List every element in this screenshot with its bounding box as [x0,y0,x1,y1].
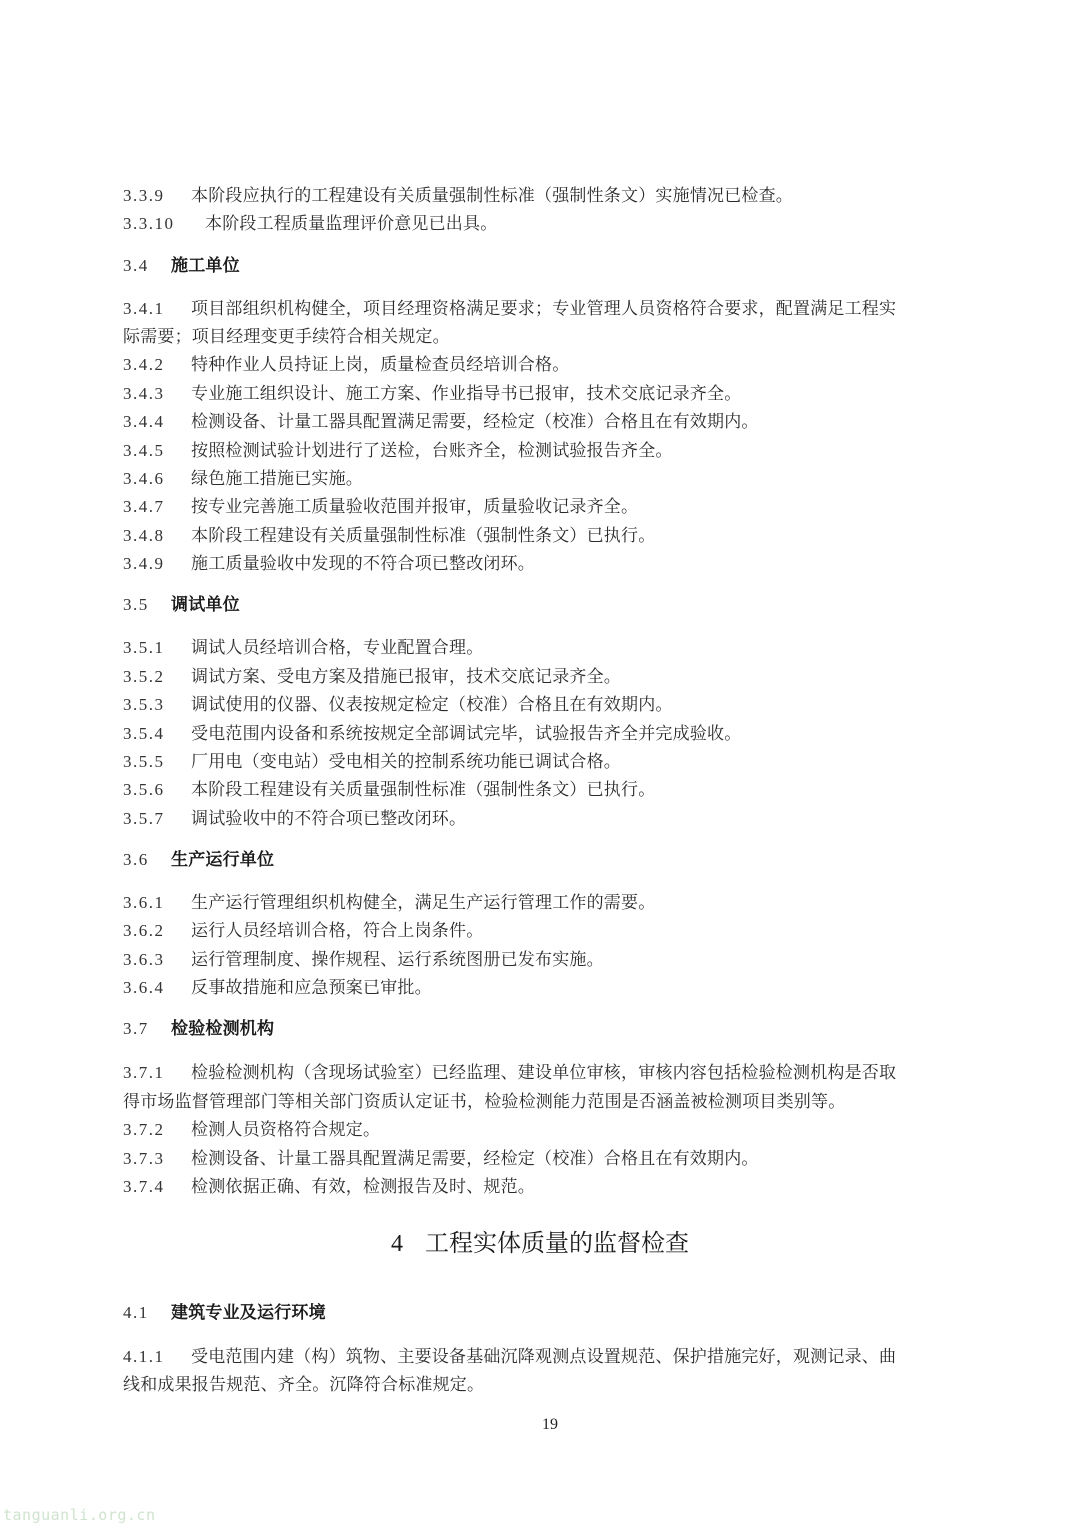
clause-text: 检测设备、计量工器具配置满足需要，经检定（校准）合格且在有效期内。 [191,1149,759,1169]
clause-text: 施工质量验收中发现的不符合项已整改闭环。 [191,554,535,574]
section-heading-4-1: 4.1建筑专业及运行环境 [123,1303,983,1323]
clause-text: 按照检测试验计划进行了送检，台账齐全，检测试验报告齐全。 [191,441,673,461]
clause-3-7-2: 3.7.2检测人员资格符合规定。 [123,1120,983,1140]
chapter-title: 工程实体质量的监督检查 [425,1229,689,1257]
clause-number: 3.4.9 [123,554,191,574]
clause-3-5-3: 3.5.3调试使用的仪器、仪表按规定检定（校准）合格且在有效期内。 [123,695,983,715]
clause-3-5-5: 3.5.5厂用电（变电站）受电相关的控制系统功能已调试合格。 [123,752,983,772]
clause-number: 3.3.10 [123,214,205,234]
clause-text: 按专业完善施工质量验收范围并报审，质量验收记录齐全。 [191,497,638,517]
clause-number: 3.5.5 [123,752,191,772]
clause-text: 运行人员经培训合格，符合上岗条件。 [191,921,483,941]
clause-text-continued: 得市场监督管理部门等相关部门资质认定证书，检验检测能力范围是否涵盖被检测项目类别… [123,1092,845,1112]
clause-3-5-4: 3.5.4受电范围内设备和系统按规定全部调试完毕，试验报告齐全并完成验收。 [123,724,983,744]
clause-3-7-1: 3.7.1检验检测机构（含现场试验室）已经监理、建设单位审核，审核内容包括检验检… [123,1063,983,1083]
clause-number: 3.5.6 [123,780,191,800]
clause-number: 3.7.2 [123,1120,191,1140]
clause-3-6-1: 3.6.1生产运行管理组织机构健全，满足生产运行管理工作的需要。 [123,893,983,913]
clause-number: 3.6.3 [123,950,191,970]
section-number: 3.6 [123,850,171,870]
clause-text: 检测设备、计量工器具配置满足需要，经检定（校准）合格且在有效期内。 [191,412,759,432]
clause-text: 调试验收中的不符合项已整改闭环。 [191,809,466,829]
clause-text: 反事故措施和应急预案已审批。 [191,978,432,998]
clause-text: 检测依据正确、有效，检测报告及时、规范。 [191,1177,535,1197]
clause-text: 受电范围内设备和系统按规定全部调试完毕，试验报告齐全并完成验收。 [191,724,741,744]
clause-3-4-3: 3.4.3专业施工组织设计、施工方案、作业指导书已报审，技术交底记录齐全。 [123,384,983,404]
section-number: 3.5 [123,595,171,615]
chapter-number: 4 [391,1231,403,1257]
clause-text: 检测人员资格符合规定。 [191,1120,380,1140]
clause-number: 3.4.1 [123,299,191,319]
clause-text: 调试人员经培训合格，专业配置合理。 [191,638,483,658]
clause-3-7-4: 3.7.4检测依据正确、有效，检测报告及时、规范。 [123,1177,983,1197]
clause-number: 3.4.6 [123,469,191,489]
clause-number: 3.4.4 [123,412,191,432]
clause-3-6-3: 3.6.3运行管理制度、操作规程、运行系统图册已发布实施。 [123,950,983,970]
clause-number: 3.4.8 [123,526,191,546]
section-title: 检验检测机构 [171,1019,274,1039]
clause-number: 3.5.7 [123,809,191,829]
clause-text: 专业施工组织设计、施工方案、作业指导书已报审，技术交底记录齐全。 [191,384,741,404]
clause-text: 本阶段应执行的工程建设有关质量强制性标准（强制性条文）实施情况已检查。 [191,186,793,206]
clause-3-6-4: 3.6.4反事故措施和应急预案已审批。 [123,978,983,998]
section-number: 3.7 [123,1019,171,1039]
clause-text: 厂用电（变电站）受电相关的控制系统功能已调试合格。 [191,752,621,772]
clause-3-7-1-continued: 得市场监督管理部门等相关部门资质认定证书，检验检测能力范围是否涵盖被检测项目类别… [123,1092,983,1112]
document-page: 3.3.9本阶段应执行的工程建设有关质量强制性标准（强制性条文）实施情况已检查。… [0,0,1080,1527]
section-title: 生产运行单位 [171,850,274,870]
clause-number: 3.6.4 [123,978,191,998]
clause-number: 3.6.1 [123,893,191,913]
clause-3-4-6: 3.4.6绿色施工措施已实施。 [123,469,983,489]
clause-3-5-1: 3.5.1调试人员经培训合格，专业配置合理。 [123,638,983,658]
clause-number: 4.1.1 [123,1347,191,1367]
clause-3-4-2: 3.4.2特种作业人员持证上岗，质量检查员经培训合格。 [123,355,983,375]
clause-text: 生产运行管理组织机构健全，满足生产运行管理工作的需要。 [191,893,655,913]
clause-number: 3.5.4 [123,724,191,744]
clause-text: 调试使用的仪器、仪表按规定检定（校准）合格且在有效期内。 [191,695,673,715]
clause-number: 3.5.3 [123,695,191,715]
watermark: tanguanli.org.cn [3,1506,156,1524]
clause-3-4-5: 3.4.5按照检测试验计划进行了送检，台账齐全，检测试验报告齐全。 [123,441,983,461]
clause-number: 3.7.4 [123,1177,191,1197]
clause-3-4-1: 3.4.1项目部组织机构健全，项目经理资格满足要求；专业管理人员资格符合要求，配… [123,299,983,319]
clause-text: 项目部组织机构健全，项目经理资格满足要求；专业管理人员资格符合要求，配置满足工程… [191,299,896,319]
section-title: 调试单位 [171,595,240,615]
clause-3-6-2: 3.6.2运行人员经培训合格，符合上岗条件。 [123,921,983,941]
clause-number: 3.4.2 [123,355,191,375]
clause-3-4-8: 3.4.8本阶段工程建设有关质量强制性标准（强制性条文）已执行。 [123,526,983,546]
clause-4-1-1-continued: 线和成果报告规范、齐全。沉降符合标准规定。 [123,1375,983,1395]
chapter-heading-4: 4工程实体质量的监督检查 [0,1228,1080,1259]
section-number: 3.4 [123,256,171,276]
clause-number: 3.5.2 [123,667,191,687]
clause-3-5-7: 3.5.7调试验收中的不符合项已整改闭环。 [123,809,983,829]
clause-number: 3.3.9 [123,186,191,206]
clause-3-4-7: 3.4.7按专业完善施工质量验收范围并报审，质量验收记录齐全。 [123,497,983,517]
clause-3-5-6: 3.5.6本阶段工程建设有关质量强制性标准（强制性条文）已执行。 [123,780,983,800]
clause-text: 运行管理制度、操作规程、运行系统图册已发布实施。 [191,950,604,970]
clause-text-continued: 际需要；项目经理变更手续符合相关规定。 [123,327,450,347]
clause-text: 特种作业人员持证上岗，质量检查员经培训合格。 [191,355,569,375]
clause-text-continued: 线和成果报告规范、齐全。沉降符合标准规定。 [123,1375,484,1395]
clause-3-7-3: 3.7.3检测设备、计量工器具配置满足需要，经检定（校准）合格且在有效期内。 [123,1149,983,1169]
clause-3-3-10: 3.3.10本阶段工程质量监理评价意见已出具。 [123,214,983,234]
section-heading-3-7: 3.7检验检测机构 [123,1019,983,1039]
clause-text: 调试方案、受电方案及措施已报审，技术交底记录齐全。 [191,667,621,687]
clause-number: 3.7.1 [123,1063,191,1083]
section-heading-3-5: 3.5调试单位 [123,595,983,615]
clause-3-4-1-continued: 际需要；项目经理变更手续符合相关规定。 [123,327,983,347]
clause-4-1-1: 4.1.1受电范围内建（构）筑物、主要设备基础沉降观测点设置规范、保护措施完好，… [123,1347,983,1367]
clause-text: 检验检测机构（含现场试验室）已经监理、建设单位审核，审核内容包括检验检测机构是否… [191,1063,896,1083]
clause-3-5-2: 3.5.2调试方案、受电方案及措施已报审，技术交底记录齐全。 [123,667,983,687]
clause-number: 3.4.7 [123,497,191,517]
clause-text: 本阶段工程质量监理评价意见已出具。 [205,214,497,234]
section-number: 4.1 [123,1303,171,1323]
clause-number: 3.5.1 [123,638,191,658]
clause-3-4-4: 3.4.4检测设备、计量工器具配置满足需要，经检定（校准）合格且在有效期内。 [123,412,983,432]
section-title: 施工单位 [171,256,240,276]
clause-text: 受电范围内建（构）筑物、主要设备基础沉降观测点设置规范、保护措施完好，观测记录、… [191,1347,896,1367]
clause-number: 3.4.5 [123,441,191,461]
clause-number: 3.6.2 [123,921,191,941]
section-heading-3-4: 3.4施工单位 [123,256,983,276]
clause-text: 本阶段工程建设有关质量强制性标准（强制性条文）已执行。 [191,526,655,546]
clause-text: 绿色施工措施已实施。 [191,469,363,489]
page-number: 19 [0,1416,1080,1434]
clause-text: 本阶段工程建设有关质量强制性标准（强制性条文）已执行。 [191,780,655,800]
clause-3-3-9: 3.3.9本阶段应执行的工程建设有关质量强制性标准（强制性条文）实施情况已检查。 [123,186,983,206]
section-title: 建筑专业及运行环境 [171,1303,326,1323]
clause-number: 3.4.3 [123,384,191,404]
clause-3-4-9: 3.4.9施工质量验收中发现的不符合项已整改闭环。 [123,554,983,574]
section-heading-3-6: 3.6生产运行单位 [123,850,983,870]
clause-number: 3.7.3 [123,1149,191,1169]
